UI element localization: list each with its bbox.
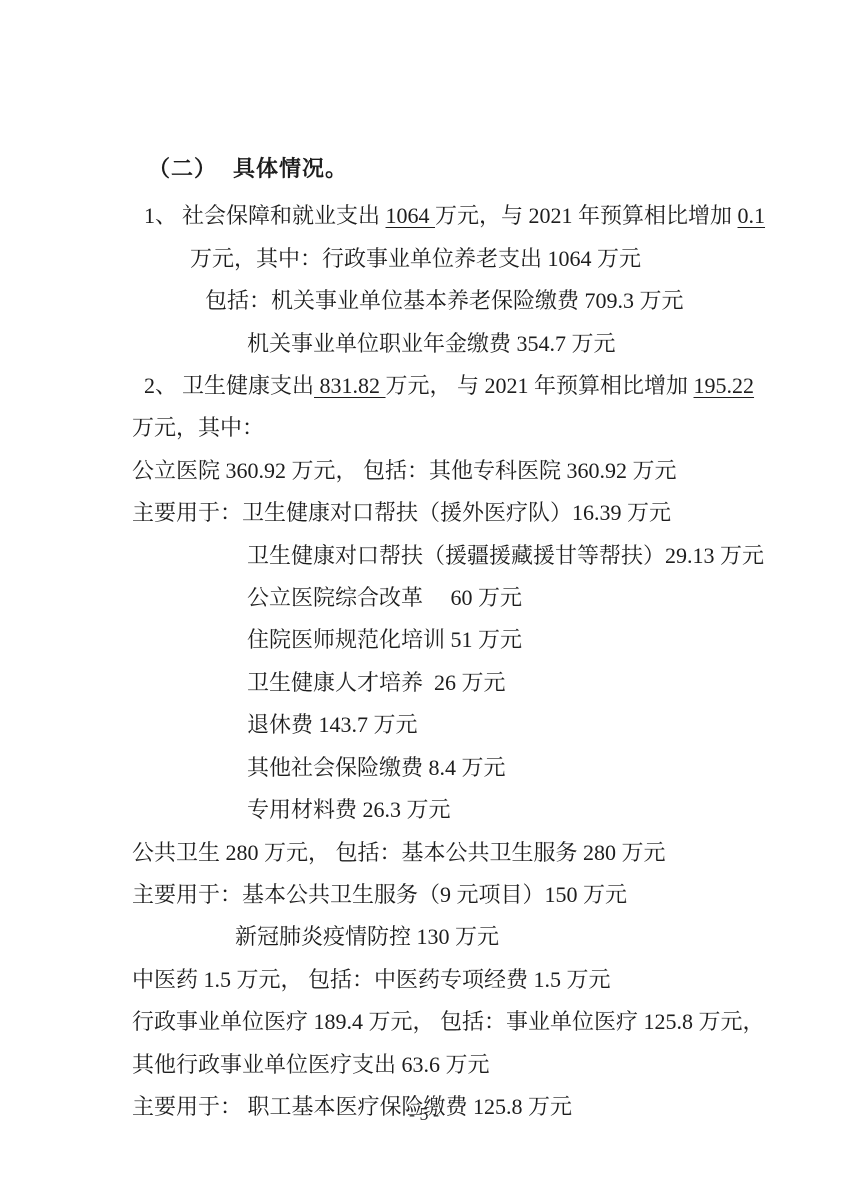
- item-2-admin-medical-line-2: 其他行政事业单位医疗支出 63.6 万元: [132, 1044, 848, 1086]
- item-2-lead-line: 2、卫生健康支出 831.82 万元， 与 2021 年预算相比增加 195.2…: [144, 365, 848, 407]
- item-2-detail-3: 住院医师规范化培训 51 万元: [247, 619, 848, 661]
- item-2-amount-underlined: 831.82: [314, 373, 386, 398]
- item-2-detail-6: 其他社会保险缴费 8.4 万元: [247, 747, 848, 789]
- item-1-continuation-2: 包括：机关事业单位基本养老保险缴费 709.3 万元: [205, 280, 848, 322]
- item-2-detail-4: 卫生健康人才培养 26 万元: [247, 662, 848, 704]
- item-1-continuation-3: 机关事业单位职业年金缴费 354.7 万元: [247, 323, 848, 365]
- item-2-public-health-line: 公共卫生 280 万元， 包括：基本公共卫生服务 280 万元: [132, 832, 848, 874]
- item-2-detail-8: 新冠肺炎疫情防控 130 万元: [235, 916, 848, 958]
- item-1-amount-underlined: 1064: [386, 203, 436, 228]
- item-2-tcm-line: 中医药 1.5 万元， 包括：中医药专项经费 1.5 万元: [132, 959, 848, 1001]
- item-2-continuation-1: 万元，其中：: [132, 407, 848, 449]
- item-1-marker: 1、: [144, 195, 182, 237]
- item-2-detail-2: 公立医院综合改革 60 万元: [247, 577, 848, 619]
- item-1-delta-underlined: 0.1: [738, 203, 766, 228]
- item-1-mid-text: 万元，与 2021 年预算相比增加: [435, 203, 738, 228]
- item-1-lead-text: 社会保障和就业支出: [182, 203, 386, 228]
- item-2-mid-text: 万元， 与 2021 年预算相比增加: [386, 373, 694, 398]
- item-1-continuation-1: 万元，其中：行政事业单位养老支出 1064 万元: [190, 238, 848, 280]
- page-content: （二）具体情况。 1、社会保障和就业支出 1064 万元，与 2021 年预算相…: [0, 148, 848, 1128]
- item-2-delta-underlined: 195.22: [694, 373, 755, 398]
- item-2-public-hospital-line: 公立医院 360.92 万元， 包括：其他专科医院 360.92 万元: [132, 450, 848, 492]
- section-heading-marker: （二）: [148, 156, 217, 181]
- item-2-detail-5: 退休费 143.7 万元: [247, 704, 848, 746]
- item-1-lead-line: 1、社会保障和就业支出 1064 万元，与 2021 年预算相比增加 0.1: [144, 195, 848, 237]
- page-footer: - 5 -: [0, 1104, 848, 1125]
- item-2-marker: 2、: [144, 365, 182, 407]
- item-2-detail-1: 卫生健康对口帮扶（援疆援藏援甘等帮扶）29.13 万元: [247, 535, 848, 577]
- document-page: （二）具体情况。 1、社会保障和就业支出 1064 万元，与 2021 年预算相…: [0, 0, 848, 1200]
- item-2-lead-text: 卫生健康支出: [182, 373, 314, 398]
- item-2-admin-medical-line-1: 行政事业单位医疗 189.4 万元， 包括：事业单位医疗 125.8 万元，: [132, 1001, 848, 1043]
- section-heading-title: 具体情况。: [233, 156, 348, 181]
- section-heading: （二）具体情况。: [148, 148, 848, 190]
- page-number: - 5 -: [409, 1104, 439, 1124]
- item-2-mainly-used-line-1: 主要用于：卫生健康对口帮扶（援外医疗队）16.39 万元: [132, 492, 848, 534]
- item-2-detail-7: 专用材料费 26.3 万元: [247, 789, 848, 831]
- item-2-mainly-used-line-2: 主要用于：基本公共卫生服务（9 元项目）150 万元: [132, 874, 848, 916]
